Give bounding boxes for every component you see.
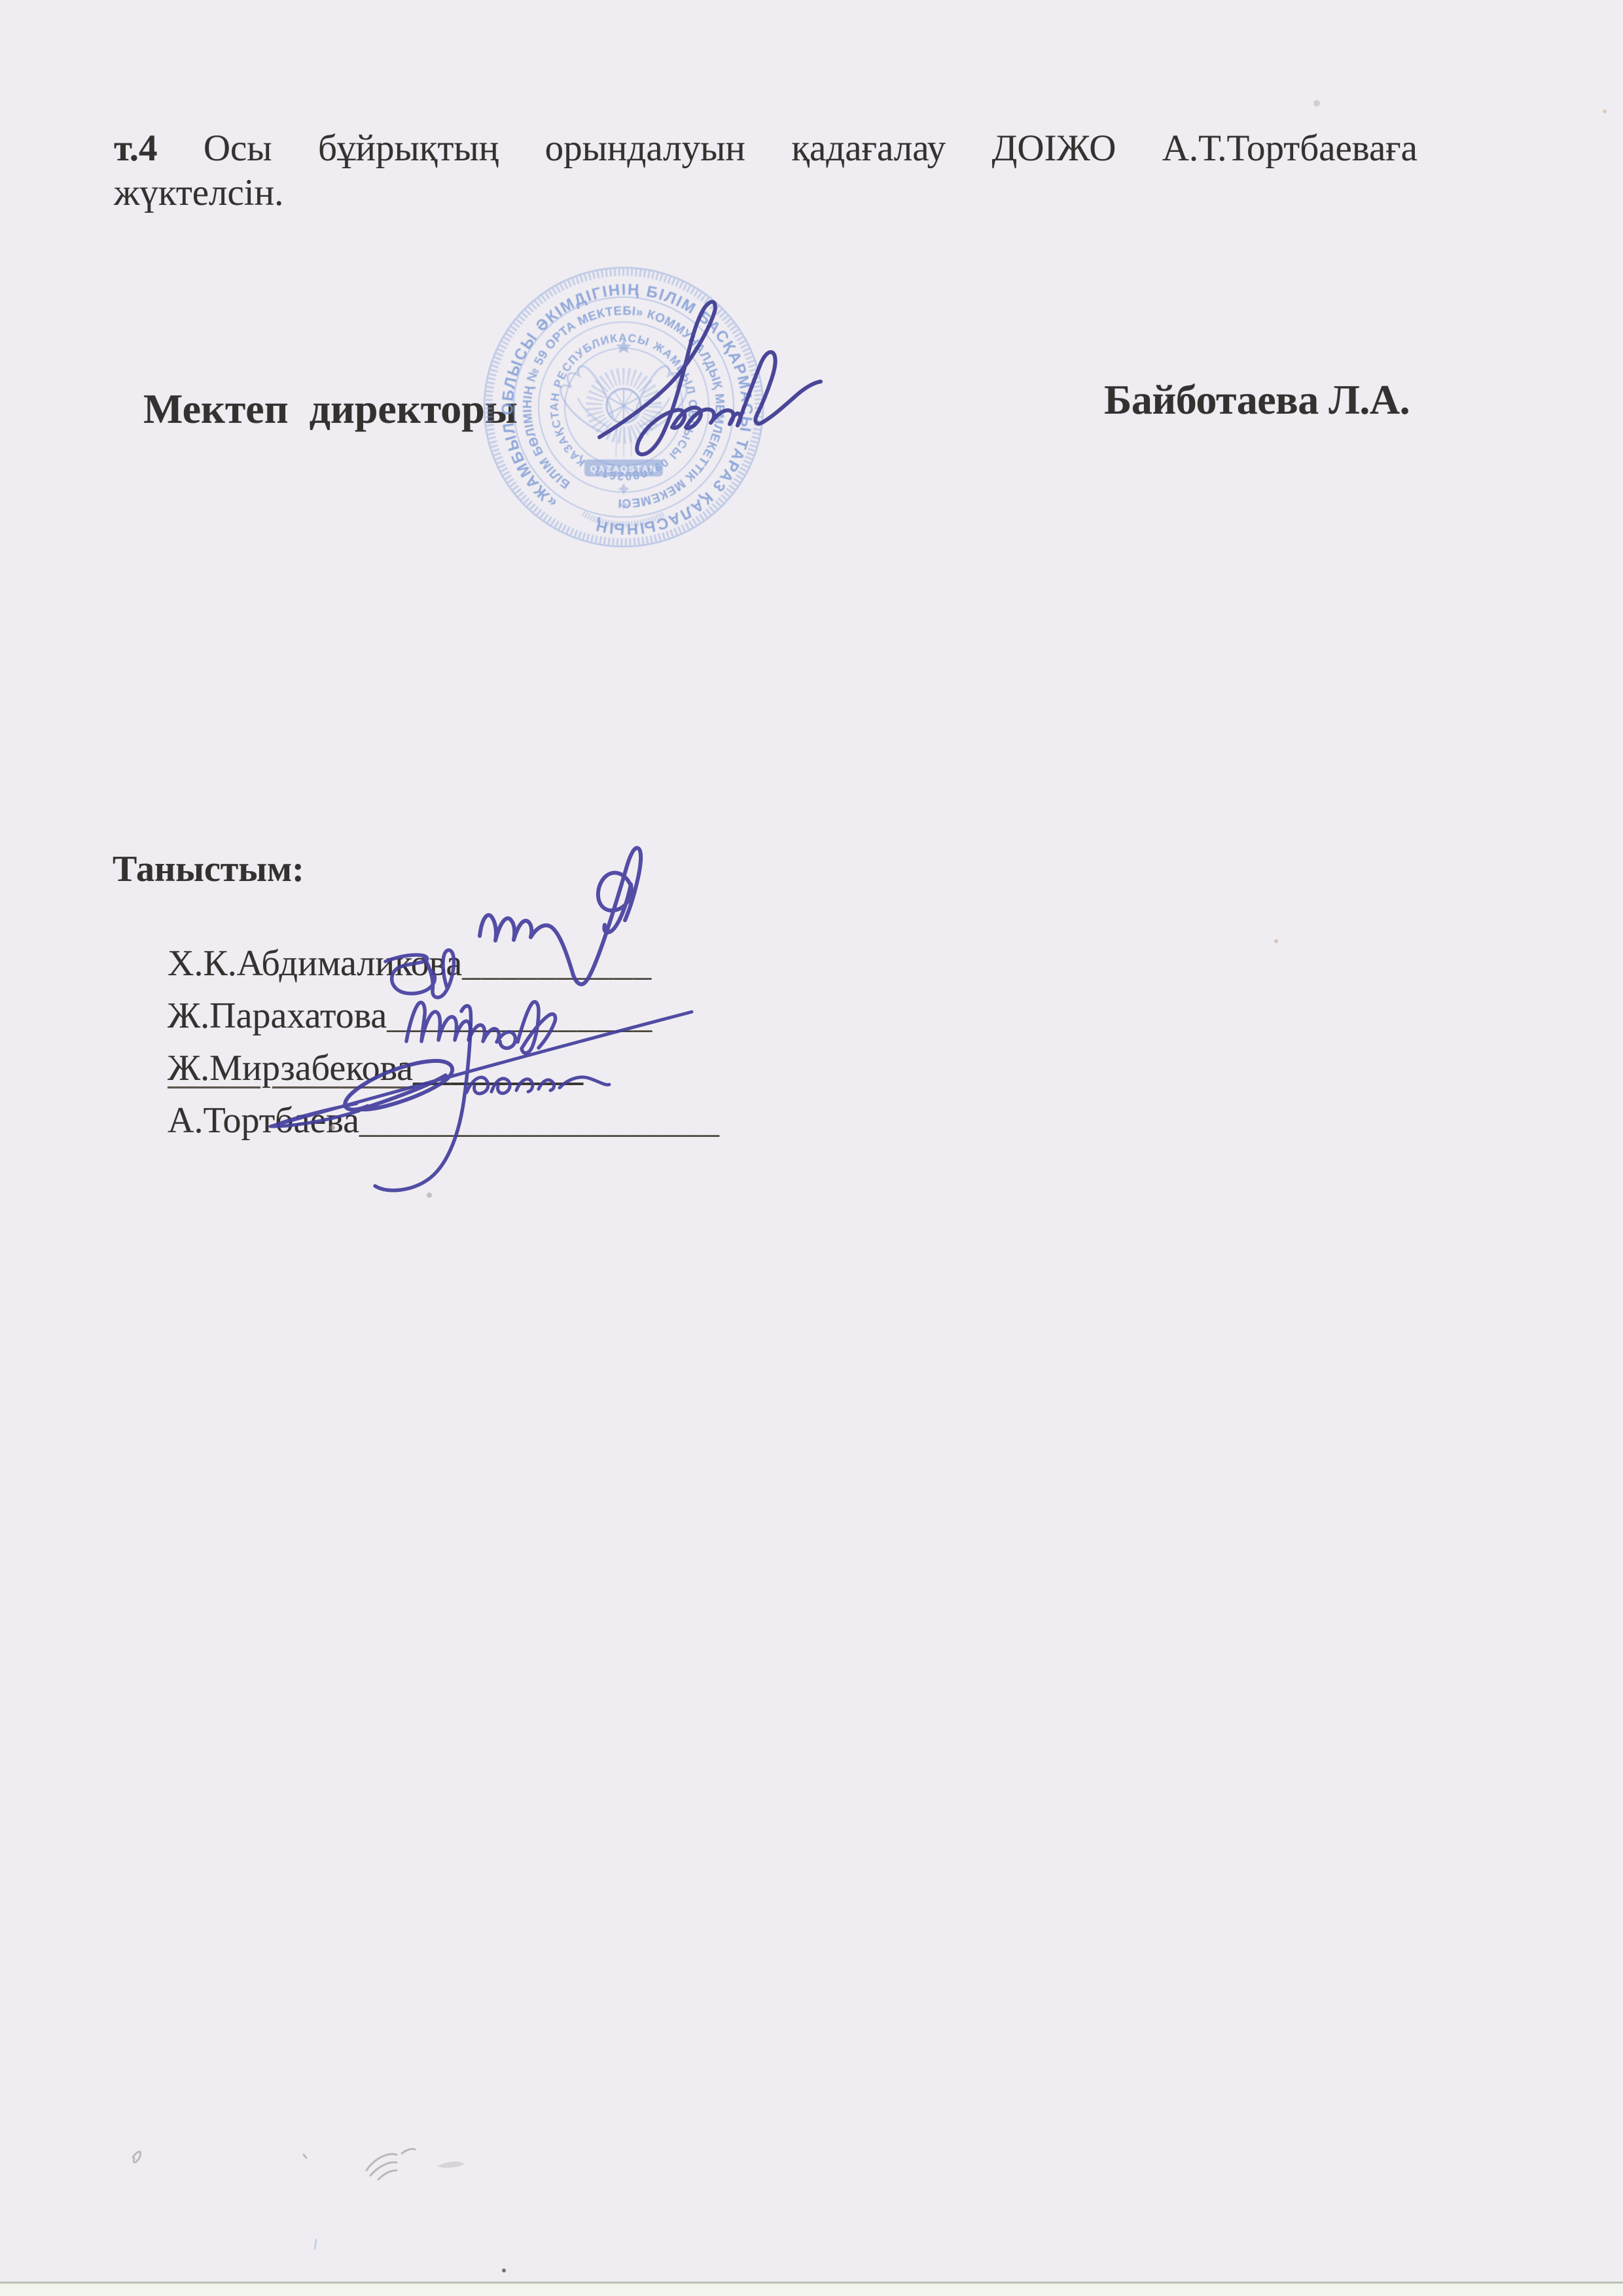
signature-abdimalikova-ink: [480, 848, 641, 984]
ink-layer: [0, 0, 1623, 2296]
scanned-document-page: т.4 Осы бұйрықтың орындалуын қадағалау Д…: [0, 0, 1623, 2296]
pencil-smudges: [133, 2149, 465, 2179]
signature-tortbaeva-ink: [270, 1006, 692, 1191]
dust-specks: [330, 100, 1607, 2272]
signature-parakhatova-ink: [385, 950, 454, 997]
blue-tick-mark: [315, 2240, 316, 2249]
director-signature-ink: [599, 302, 821, 454]
signature-mirzabekova-ink: [406, 1002, 556, 1053]
scan-bottom-strip: [0, 2284, 1623, 2296]
